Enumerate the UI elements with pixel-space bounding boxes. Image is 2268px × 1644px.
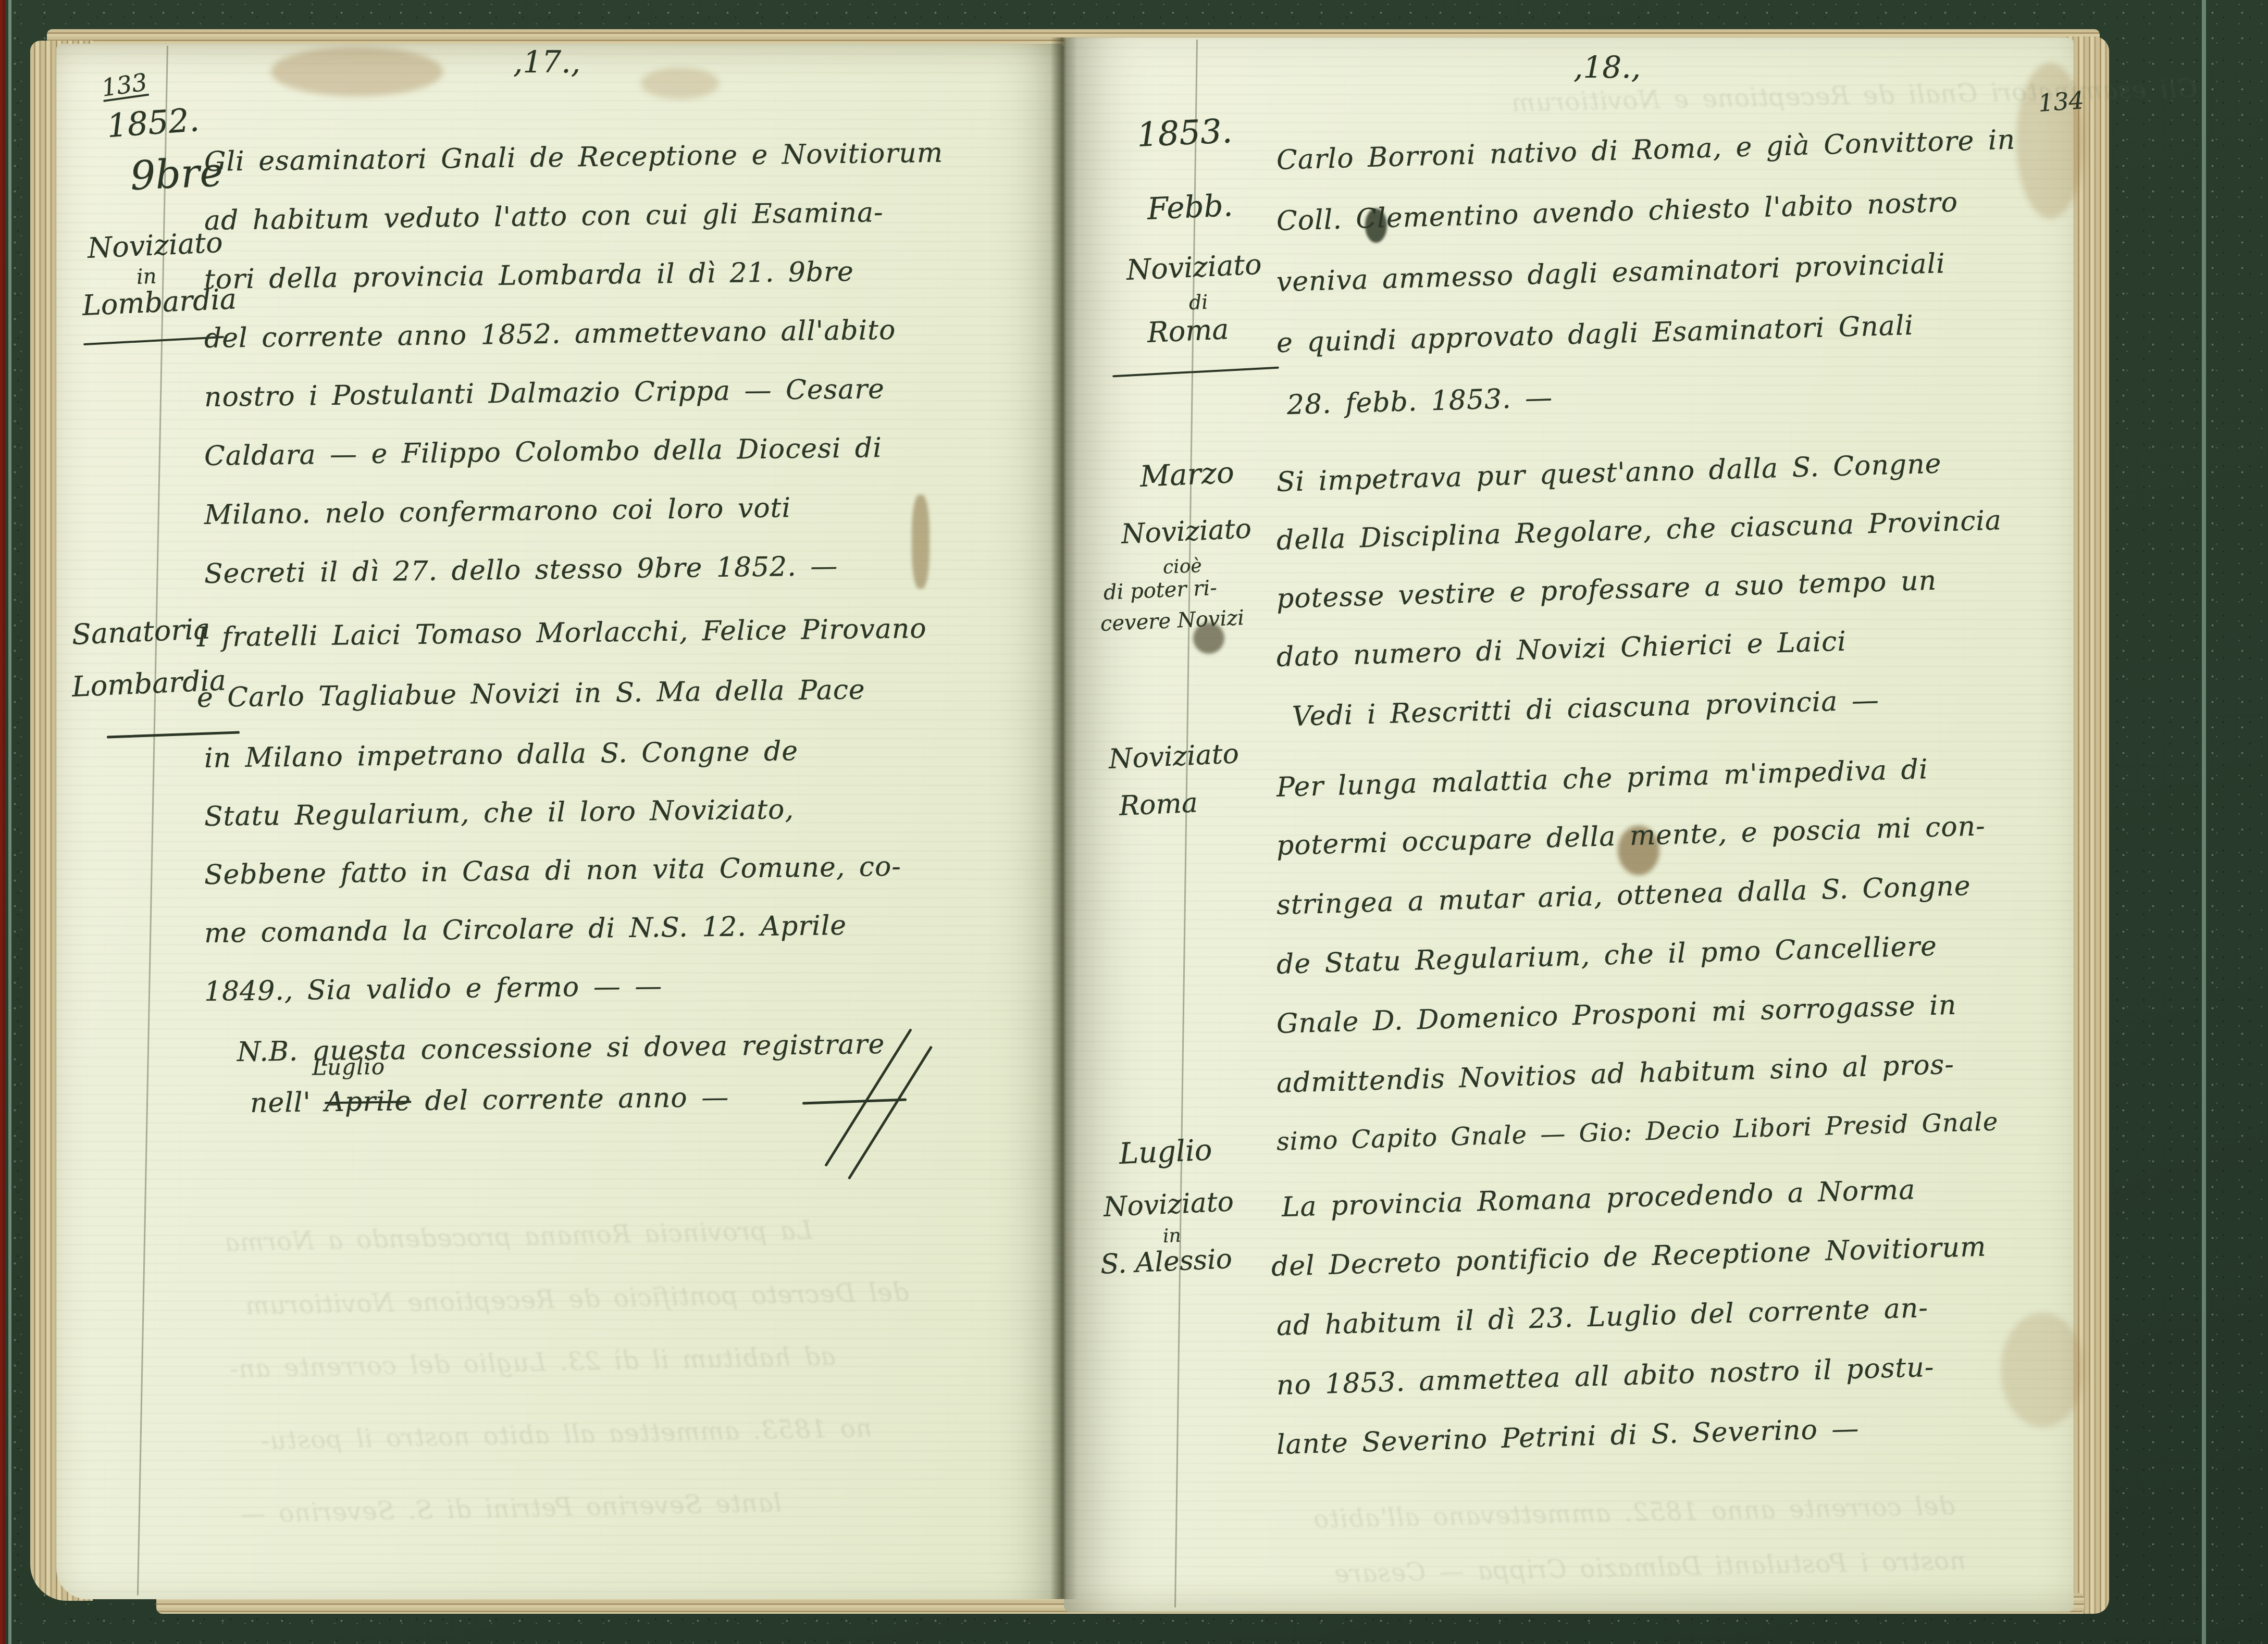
- manuscript-line: del corrente anno 1852. ammettevano all'…: [204, 317, 896, 352]
- manuscript-line: Sebbene fatto in Casa di non vita Comune…: [204, 853, 902, 889]
- manuscript-line: Milano. nelo confermarono coi loro voti: [204, 494, 791, 529]
- margin-note: Luglio: [1119, 1136, 1213, 1169]
- margin-note: S. Alessio: [1100, 1246, 1233, 1278]
- stain: [912, 495, 929, 589]
- scanner-red-edge: [0, 0, 5, 1644]
- manuscript-line: tori della provincia Lombarda il dì 21. …: [204, 258, 854, 293]
- margin-note: Noviziato: [1121, 515, 1252, 548]
- correction-suffix: del corrente anno: [425, 1082, 688, 1117]
- margin-note-year: 1853.: [1136, 115, 1233, 152]
- manuscript-line: nostro i Postulanti Dalmazio Crippa — Ce…: [204, 376, 885, 411]
- gutter-shadow: [1050, 38, 1077, 1599]
- margin-note: Noviziato: [1126, 251, 1262, 284]
- stain: [641, 68, 719, 99]
- scanner-glass-line-left: [8, 0, 11, 1644]
- margin-note: cioè: [1162, 557, 1202, 577]
- right-page-header-number: ,18.,: [1573, 52, 1641, 82]
- margin-note: Roma: [1147, 315, 1230, 347]
- margin-note: di poter ri-: [1103, 578, 1217, 603]
- margin-note: cevere Novizi: [1100, 607, 1245, 634]
- manuscript-line: Secreti il dì 27. dello stesso 9bre 1852…: [204, 553, 838, 588]
- correction-strikethrough: Aprile: [325, 1086, 411, 1118]
- left-year-heading: 1852.: [106, 104, 200, 142]
- margin-note: Roma: [1119, 789, 1198, 820]
- margin-note: Sanatoria: [71, 615, 211, 649]
- margin-note: in: [1162, 1227, 1181, 1246]
- manuscript-line: Statu Regularium, che il loro Noviziato,: [204, 796, 795, 830]
- manuscript-line: e Carlo Tagliabue Novizi in S. Ma della …: [197, 676, 865, 712]
- margin-note: Noviziato: [1103, 1188, 1234, 1221]
- manuscript-line: 1849., Sia valido e fermo — —: [204, 973, 663, 1005]
- margin-note: Noviziato: [87, 229, 224, 263]
- scanner-glass-line-right: [2202, 0, 2206, 1644]
- manuscript-line: Caldara — e Filippo Colombo della Dioces…: [204, 434, 882, 470]
- stain: [2001, 1313, 2084, 1427]
- manuscript-line: 28. febb. 1853. —: [1286, 384, 1553, 419]
- stain: [271, 47, 443, 96]
- scanned-manuscript-spread: 133 1852. ,17., 9bre Noviziato in Lombar…: [0, 0, 2268, 1644]
- margin-note: Marzo: [1139, 458, 1235, 492]
- left-page-header-number: ,17.,: [513, 47, 580, 77]
- margin-note: di: [1188, 292, 1208, 313]
- margin-note: Noviziato: [1108, 740, 1240, 773]
- correction-superscript: Luglio: [312, 1056, 385, 1079]
- margin-note: Febb.: [1147, 190, 1233, 224]
- manuscript-line: in Milano impetrano dalla S. Congne de: [204, 738, 799, 772]
- correction-prefix: nell': [250, 1087, 312, 1119]
- manuscript-line: ad habitum veduto l'atto con cui gli Esa…: [204, 199, 884, 234]
- correction-dash: —: [701, 1082, 726, 1114]
- manuscript-line: me comanda la Circolare di N.S. 12. Apri…: [204, 912, 847, 947]
- margin-note: in: [136, 266, 157, 288]
- manuscript-line-corrected: nell' Aprile del corrente anno — Luglio: [250, 1084, 726, 1117]
